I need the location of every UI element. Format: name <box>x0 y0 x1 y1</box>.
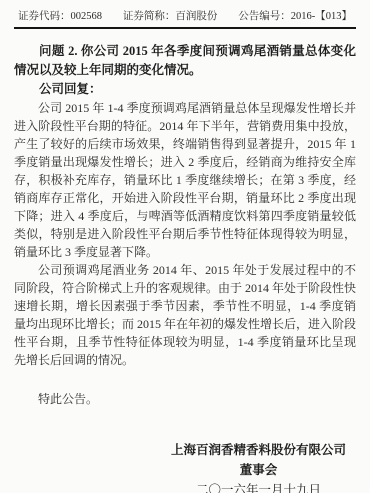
closing-statement: 特此公告。 <box>14 390 356 408</box>
stock-code-value: 002568 <box>71 11 103 22</box>
signature-block: 上海百润香精香料股份有限公司 董事会 二〇一六年一月十九日 <box>171 440 346 493</box>
stock-code-label: 证券代码： <box>18 11 71 22</box>
stock-code: 证券代码：002568 <box>18 10 102 24</box>
company-name: 上海百润香精香料股份有限公司 <box>171 440 346 460</box>
stock-name-label: 证券简称： <box>123 11 176 22</box>
reply-paragraph-2: 公司预调鸡尾酒业务 2014 年、2015 年处于发展过程中的不同阶段，符合阶梯… <box>14 261 356 369</box>
document-header: 证券代码：002568 证券简称：百润股份 公告编号：2016-【013】 <box>14 10 356 24</box>
stock-name: 证券简称：百润股份 <box>123 10 218 24</box>
announcement-number-value: 2016-【013】 <box>291 11 352 22</box>
announcement-number: 公告编号：2016-【013】 <box>238 10 352 24</box>
reply-label: 公司回复： <box>14 80 356 99</box>
question-heading: 问题 2. 你公司 2015 年各季度间预调鸡尾酒销量总体变化情况以及较上年同期… <box>14 42 356 80</box>
board-of-directors-label: 董事会 <box>171 460 346 480</box>
stock-name-value: 百润股份 <box>175 11 217 22</box>
announcement-number-label: 公告编号： <box>238 11 291 22</box>
reply-paragraph-1: 公司 2015 年 1-4 季度预调鸡尾酒销量总体呈现爆发性增长并进入阶段性平台… <box>14 99 356 261</box>
announcement-date: 二〇一六年一月十九日 <box>171 480 346 493</box>
header-divider <box>14 27 356 29</box>
announcement-document: 证券代码：002568 证券简称：百润股份 公告编号：2016-【013】 问题… <box>0 0 370 493</box>
